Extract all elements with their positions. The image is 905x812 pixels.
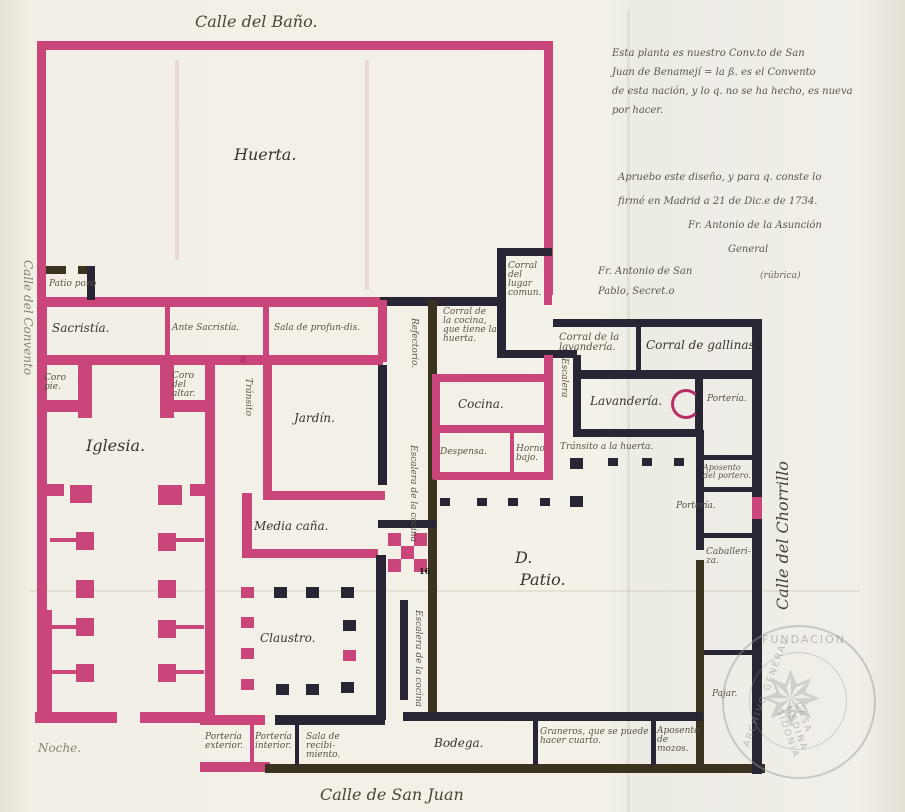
pier xyxy=(76,664,94,682)
wall-huerta-top xyxy=(37,41,553,50)
wall-partition xyxy=(165,305,170,357)
label-corral-cocina: Corral de la cocina, que tiene la huerta… xyxy=(443,308,497,344)
wall-iglesia-arm xyxy=(50,625,78,629)
pier xyxy=(508,498,518,506)
label-porteria-right: Portería. xyxy=(707,395,747,404)
label-graneros: Graneros, que se puede hacer cuarto. xyxy=(540,728,650,746)
wall-cocina xyxy=(433,472,553,480)
pier xyxy=(343,650,356,661)
wall-refectorio-corridor xyxy=(400,600,408,700)
fold-line xyxy=(365,60,369,290)
wall-east-red xyxy=(752,497,762,519)
wall-right-rooms-l xyxy=(696,430,704,550)
label-coro-pie: Coro pie. xyxy=(44,374,78,392)
wall-huerta-left xyxy=(37,41,46,301)
pier xyxy=(76,618,94,636)
wall-iglesia-corr xyxy=(378,365,387,485)
wall-iglesia-arm xyxy=(176,670,204,674)
street-right: Calle del Chorrillo xyxy=(775,461,791,610)
pier xyxy=(440,498,450,506)
street-top: Calle del Baño. xyxy=(195,14,318,30)
label-corral-lavanderia: Corral de la lavandería. xyxy=(559,333,631,353)
label-coro-altar: Coro del altar. xyxy=(172,372,208,399)
pier xyxy=(642,458,652,466)
pier xyxy=(306,587,319,598)
wall-lavanderia-top xyxy=(575,370,755,379)
label-sala-recibimiento: Sala de recibi-miento. xyxy=(306,733,366,760)
label-escalera-claustro: Escalera de la cocina xyxy=(413,610,422,707)
wall-lavanderia-l xyxy=(573,355,581,435)
label-porteria-int: Portería interior. xyxy=(255,733,299,751)
label-corral-gallinas: Corral de gallinas. xyxy=(646,339,759,351)
wall-iglesia-arm xyxy=(176,538,204,542)
wall-cocina xyxy=(432,374,552,382)
note-line: Esta planta es nuestro Conv.to de San xyxy=(612,44,853,63)
tile xyxy=(401,546,414,559)
pier xyxy=(158,620,176,638)
note-line: Juan de Benamejí = la ß. es el Convento xyxy=(612,63,853,82)
pier xyxy=(241,587,254,598)
fold-line xyxy=(30,590,860,592)
pier xyxy=(341,587,354,598)
wall-small-room xyxy=(46,266,66,274)
label-escalera: Escalera xyxy=(559,358,568,397)
label-bodega: Bodega. xyxy=(434,737,483,749)
wall-jardin-n xyxy=(263,355,383,365)
note-line: Pablo, Secret.o xyxy=(598,282,692,302)
pier xyxy=(70,485,92,503)
note-approval: Apruebo este diseño, y para q. conste lo… xyxy=(618,166,822,262)
label-porteria-main: Portería. xyxy=(676,502,716,511)
wall-jardin xyxy=(263,491,385,500)
pier xyxy=(540,498,550,506)
label-ante-sacristia: Ante Sacristía. xyxy=(172,324,239,333)
pier xyxy=(241,679,254,690)
fold-line xyxy=(627,10,630,812)
note-line: Apruebo este diseño, y para q. conste lo xyxy=(618,166,822,190)
label-huerta: Huerta. xyxy=(234,147,296,163)
manuscript-sheet: 16 Huerta. Patio pozo Sacristía. Ante Sa… xyxy=(0,0,905,812)
archive-stamp: ✵ FUNDACION CASA MEDINA SIDONIA ARCHIVO … xyxy=(722,625,876,779)
marker-8: 8 xyxy=(240,357,246,366)
wall-lavanderia-bottom xyxy=(573,429,703,437)
wall-porteria xyxy=(200,762,270,772)
wall-coro xyxy=(78,360,92,418)
pier xyxy=(674,458,684,466)
pier xyxy=(570,458,583,469)
wall-bodega-top xyxy=(403,712,703,721)
label-refectorio: Refectorio. xyxy=(409,318,418,368)
label-porteria-ext: Portería exterior. xyxy=(205,733,253,751)
label-iglesia-corridor: Escalera de la cocina xyxy=(408,445,417,542)
wall-horno xyxy=(510,430,514,475)
wall-jardin xyxy=(263,355,272,495)
wall-partition xyxy=(263,305,269,357)
wall-cocina xyxy=(432,425,552,433)
label-cocina: Cocina. xyxy=(458,398,504,410)
pier xyxy=(158,533,176,551)
wall-iglesia-arm xyxy=(50,538,78,542)
wall-corral-lugar-top xyxy=(497,248,552,256)
pier xyxy=(343,620,356,631)
note-line: Fr. Antonio de San xyxy=(598,262,692,282)
wall-iglesia-arm xyxy=(50,670,78,674)
wall-corral-top xyxy=(553,319,758,327)
wall-cocina xyxy=(544,355,553,480)
pier xyxy=(76,580,94,598)
pier xyxy=(306,684,319,695)
wall-corral-lugar xyxy=(497,250,506,355)
label-small-room: Patio pozo xyxy=(49,280,96,289)
wall-right-rooms-l xyxy=(696,560,704,770)
pier xyxy=(158,485,182,505)
wall-iglesia-arm xyxy=(176,625,204,629)
pier xyxy=(608,458,618,466)
wall-east-sacristia xyxy=(378,300,387,362)
chapel-arc xyxy=(671,389,701,419)
label-sala-profundis: Sala de profun-dis. xyxy=(274,324,360,333)
pier xyxy=(276,684,289,695)
pier xyxy=(76,532,94,550)
label-transito: Tránsito xyxy=(243,378,252,416)
pier xyxy=(477,498,487,506)
label-aposento-mozos: Aposento de mozos. xyxy=(657,727,697,754)
label-jardin: Jardín. xyxy=(294,412,335,424)
note-line: Fr. Antonio de la Asunción xyxy=(618,214,822,238)
note-top-block: Esta planta es nuestro Conv.to de San Ju… xyxy=(612,44,853,120)
label-sacristia: Sacristía. xyxy=(52,322,109,334)
note-secretary: Fr. Antonio de San Pablo, Secret.o xyxy=(598,262,692,302)
pier xyxy=(158,664,176,682)
label-lavanderia: Lavandería. xyxy=(590,395,662,407)
pier xyxy=(570,496,583,507)
pier xyxy=(241,617,254,628)
pier xyxy=(274,587,287,598)
fold-line xyxy=(175,60,179,260)
tile xyxy=(388,559,401,572)
label-patio: Patio. xyxy=(520,572,566,588)
label-corral-lugar: Corral del lugar comun. xyxy=(508,262,544,298)
wall-coro xyxy=(205,355,215,720)
label-aposento-portero: Aposento del portero. xyxy=(703,464,751,480)
marker-16: 16 xyxy=(419,567,430,575)
label-transito-huerta: Tránsito a la huerta. xyxy=(560,443,653,452)
stamp-text-top: FUNDACION xyxy=(762,633,846,646)
wall-right-rooms xyxy=(696,533,754,538)
label-despensa: Despensa. xyxy=(440,448,487,457)
tile xyxy=(388,533,401,546)
pier xyxy=(158,580,176,598)
label-claustro: Claustro. xyxy=(260,632,315,644)
wall-corral-mid xyxy=(636,322,641,374)
wall-porteria xyxy=(200,715,265,725)
street-left: Calle del Convento xyxy=(22,260,34,375)
wall-iglesia-arm xyxy=(190,484,210,496)
note-line: General xyxy=(618,238,822,262)
wall-south-dark xyxy=(265,764,765,773)
street-bottom: Calle de San Juan xyxy=(320,787,464,803)
wall-bodega-div xyxy=(533,715,538,765)
wall-bodega-div xyxy=(651,715,656,765)
pier xyxy=(241,648,254,659)
wall-cocina-l xyxy=(432,374,440,479)
label-media-cana: Media caña. xyxy=(254,520,328,532)
label-horno: Horno bajo. xyxy=(516,445,544,463)
wall-media-cana xyxy=(242,549,378,558)
wall-porteria-dark xyxy=(275,715,385,725)
wall-iglesia-south xyxy=(35,712,117,723)
wall-atrio xyxy=(428,300,437,720)
wall-corral-lugar-r xyxy=(544,250,552,305)
wall-right-rooms xyxy=(696,487,754,492)
wall-main-north-dark xyxy=(380,297,500,306)
wall-atrio xyxy=(376,555,386,720)
label-caballeriza: Caballeri-za. xyxy=(706,548,750,566)
label-patio-letter: D. xyxy=(515,550,532,566)
wall-iglesia-arm xyxy=(42,484,64,496)
note-line: firmé en Madrid a 21 de Dic.e de 1734. xyxy=(618,190,822,214)
pier xyxy=(341,682,354,693)
label-iglesia: Iglesia. xyxy=(86,438,145,454)
signature: (rúbrica) xyxy=(760,272,800,281)
wall-right-rooms xyxy=(696,455,754,460)
note-line: por hacer. xyxy=(612,101,853,120)
note-line: de esta nación, y lo q. no se ha hecho, … xyxy=(612,82,853,101)
wall-atrio-h xyxy=(378,520,436,528)
label-noche: Noche. xyxy=(38,742,81,754)
